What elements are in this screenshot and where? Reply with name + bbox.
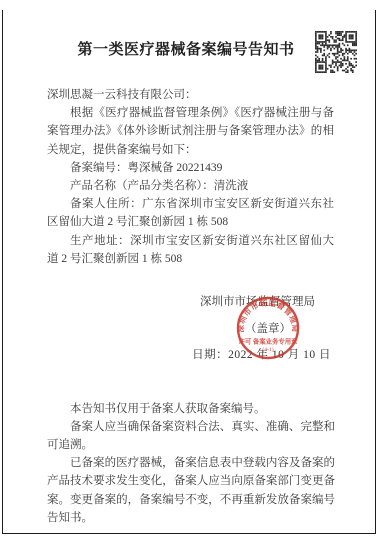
note-line: 本告知书仅用于备案人获取备案编号。 (47, 400, 335, 418)
note-line: 已备案的医疗器械，备案信息表中登载内容及备案的产品技术要求发生变化，备案人应当向… (47, 454, 335, 527)
field-label: 备案人住所： (70, 198, 142, 210)
signature-block: 深圳市市场监督管理局 （盖章） 日期：2022 年 10 月 10 日 (0, 289, 333, 369)
issuer-name: 深圳市市场监督管理局 (0, 289, 333, 316)
document-body: 深圳思凝一云科技有限公司： 根据《医疗器械监督管理条例》《医疗器械注册与备案管理… (47, 86, 334, 268)
footnotes: 本告知书仅用于备案人获取备案编号。 备案人应当确保备案资料合法、真实、准确、完整… (47, 400, 335, 527)
recipient-line: 深圳思凝一云科技有限公司： (47, 86, 334, 104)
field-label: 备案编号： (70, 162, 128, 174)
field-product-name: 产品名称（产品分类名称）：清洗液 (47, 177, 334, 195)
qr-code-icon (313, 31, 359, 73)
field-label: 产品名称（产品分类名称）： (70, 180, 214, 192)
field-label: 生产地址： (70, 235, 130, 247)
intro-paragraph: 根据《医疗器械监督管理条例》《医疗器械注册与备案管理办法》《体外诊断试剂注册与备… (47, 104, 334, 159)
field-value: 粤深械备 20221439 (128, 162, 223, 174)
document-title: 第一类医疗器械备案编号告知书 (62, 40, 310, 60)
date-line: 日期：2022 年 10 月 10 日 (0, 342, 333, 369)
field-record-number: 备案编号：粤深械备 20221439 (47, 159, 334, 177)
field-registrant-address: 备案人住所：广东省深圳市宝安区新安街道兴东社区留仙大道 2 号汇聚创新园 1 栋… (47, 195, 334, 231)
field-value: 清洗液 (214, 180, 249, 192)
note-line: 备案人应当确保备案资料合法、真实、准确、完整和可追溯。 (47, 418, 335, 454)
document-page: 第一类医疗器械备案编号告知书 深圳思凝一云科技有限公司： 根据《医疗器械监督管理… (0, 0, 380, 540)
seal-placeholder-text: （盖章） (0, 316, 333, 343)
field-production-address: 生产地址：深圳市宝安区新安街道兴东社区留仙大道 2 号汇聚创新园 1 栋 508 (47, 232, 334, 268)
